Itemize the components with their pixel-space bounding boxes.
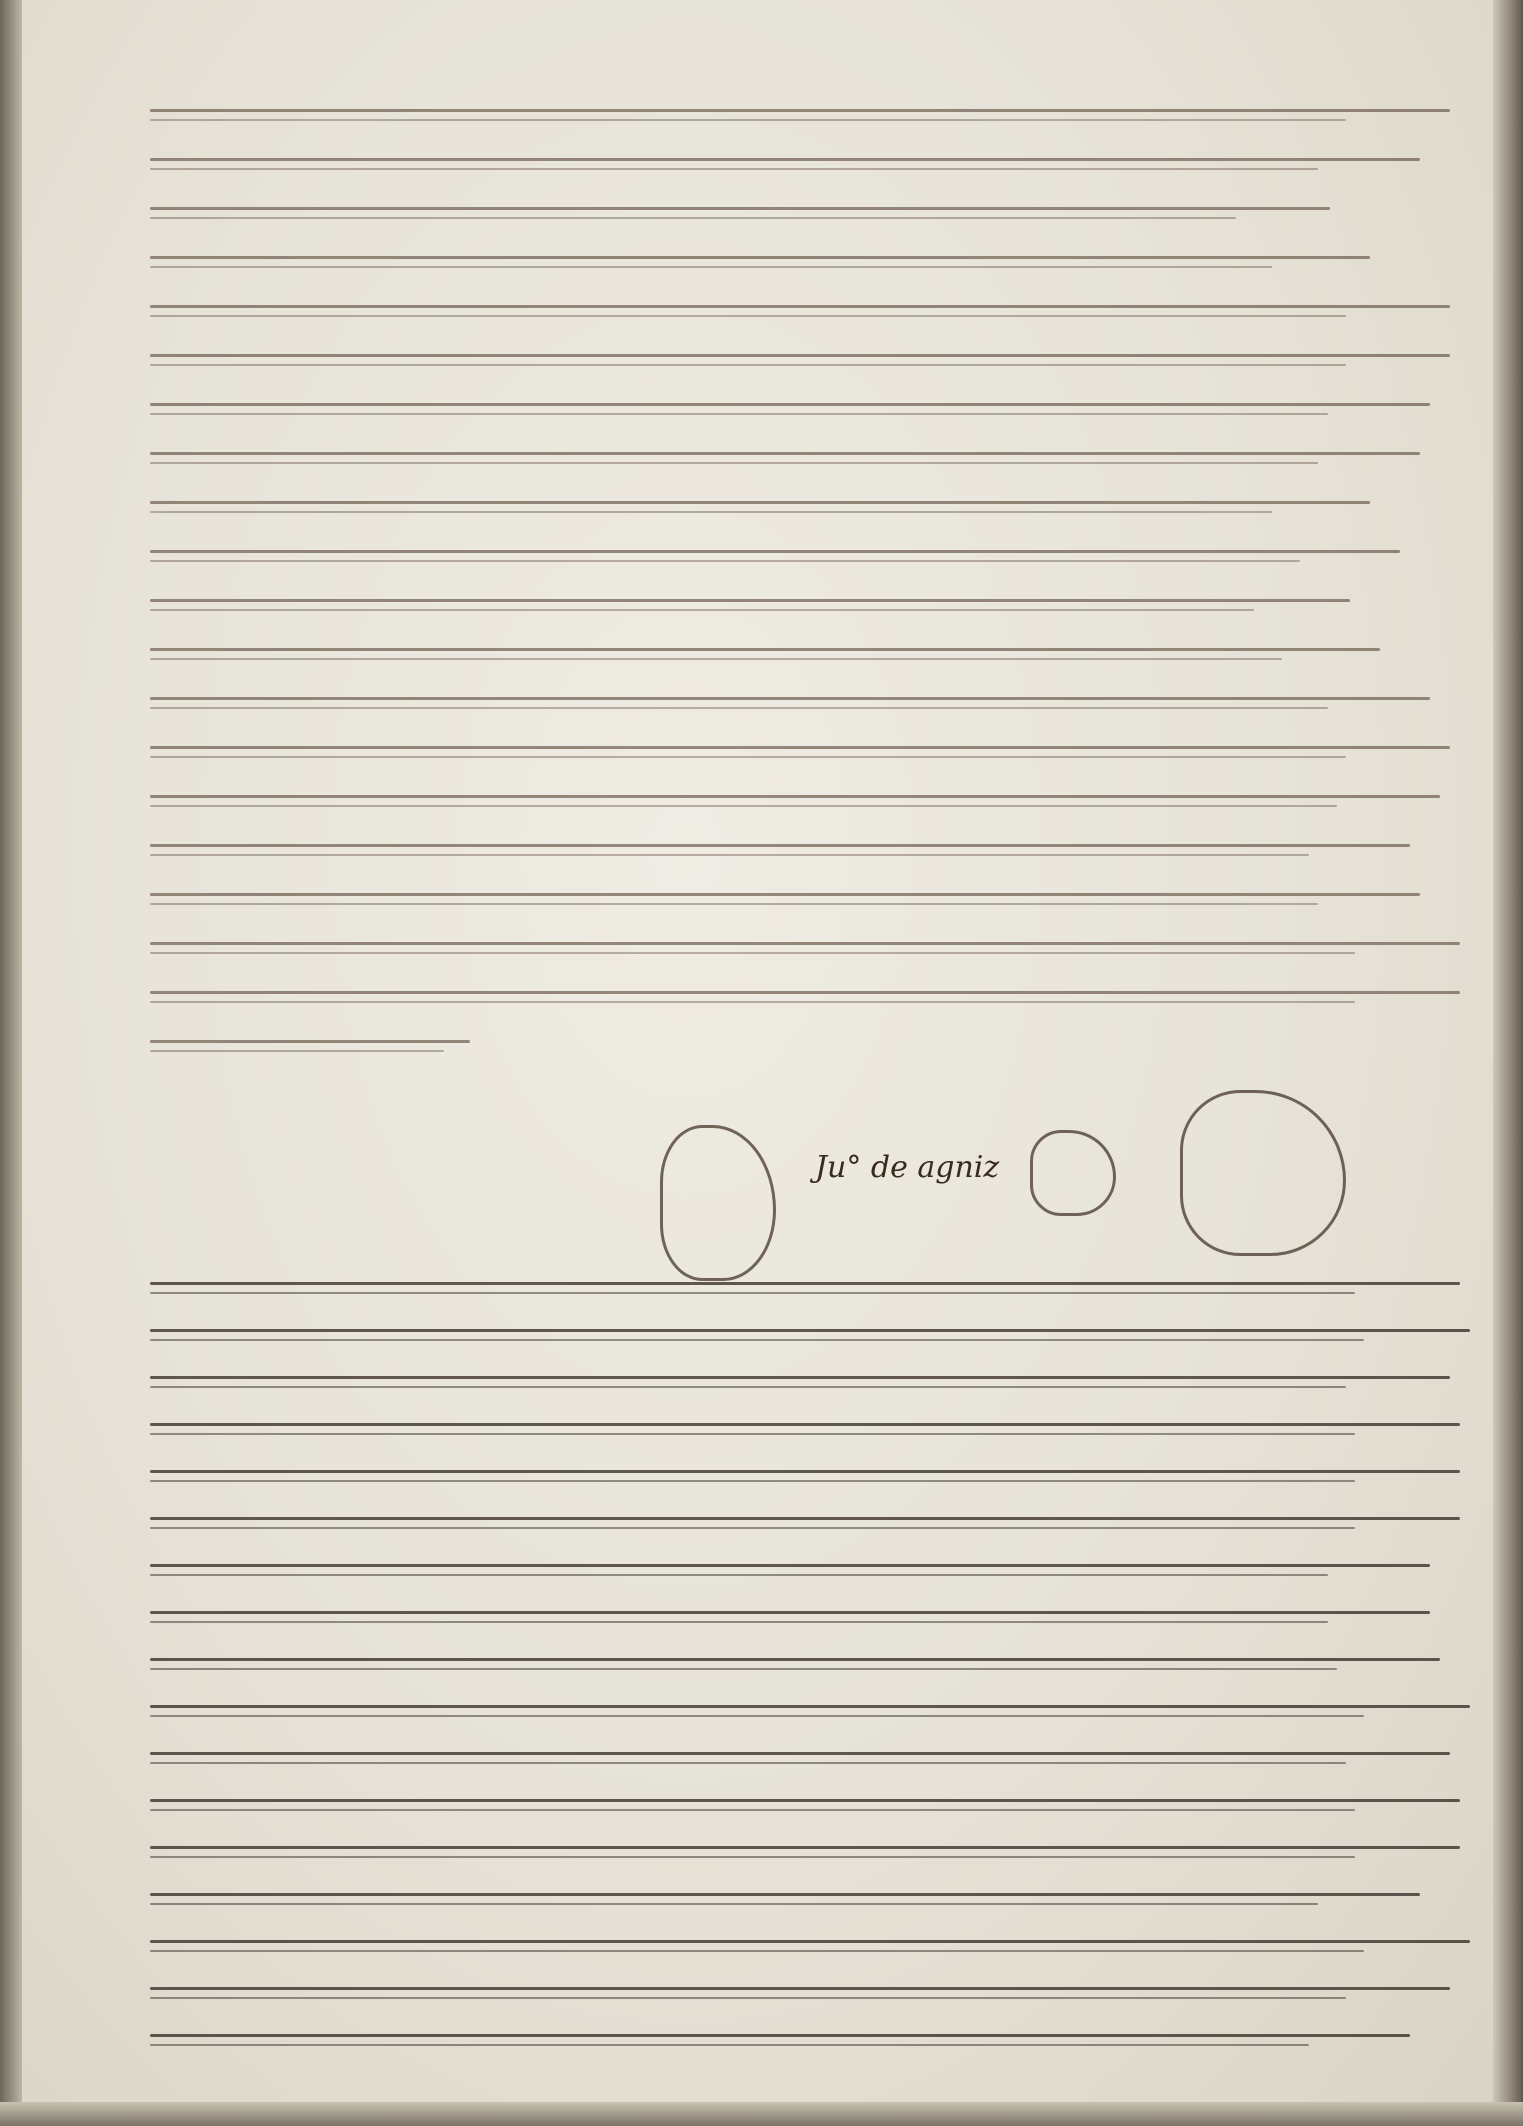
- upper-text-block: [illegible handwritten line][illegible h…: [150, 95, 1450, 1075]
- manuscript-line: [illegible handwritten line]: [150, 291, 1450, 340]
- manuscript-line: [illegible handwritten line]: [150, 1644, 1450, 1691]
- manuscript-page: [illegible handwritten line][illegible h…: [0, 0, 1523, 2126]
- manuscript-line: [illegible handwritten line]: [150, 1550, 1450, 1597]
- signature-rubric-middle: [1030, 1130, 1116, 1216]
- manuscript-line: [illegible handwritten line]: [150, 1268, 1450, 1315]
- manuscript-line: [illegible handwritten line]: [150, 389, 1450, 438]
- manuscript-line: [illegible handwritten line]: [150, 732, 1450, 781]
- page-edge-left: [0, 0, 22, 2126]
- manuscript-line: [illegible handwritten line]: [150, 1879, 1450, 1926]
- manuscript-line: [illegible handwritten line]: [150, 1456, 1450, 1503]
- manuscript-line: [illegible handwritten line]: [150, 1503, 1450, 1550]
- manuscript-line: [illegible handwritten line]: [150, 977, 1450, 1026]
- manuscript-line: [illegible handwritten line]: [150, 1409, 1450, 1456]
- manuscript-line: [illegible handwritten line]: [150, 634, 1450, 683]
- signature-rubric-left: [660, 1125, 776, 1281]
- manuscript-line: [illegible handwritten line]: [150, 879, 1450, 928]
- manuscript-line: [illegible handwritten line]: [150, 193, 1450, 242]
- manuscript-line: [illegible handwritten line]: [150, 1362, 1450, 1409]
- manuscript-line: [illegible handwritten line]: [150, 830, 1450, 879]
- manuscript-line: [illegible handwritten line]: [150, 1691, 1450, 1738]
- manuscript-line: [illegible handwritten line]: [150, 1973, 1450, 2020]
- manuscript-line: [illegible handwritten line]: [150, 1832, 1450, 1879]
- manuscript-line: [illegible handwritten line]: [150, 1315, 1450, 1362]
- manuscript-line: [illegible handwritten line]: [150, 95, 1450, 144]
- manuscript-line: [illegible handwritten line]: [150, 585, 1450, 634]
- manuscript-line: [illegible handwritten line]: [150, 1026, 1450, 1075]
- manuscript-line: [illegible handwritten line]: [150, 2020, 1450, 2067]
- manuscript-line: [illegible handwritten line]: [150, 1785, 1450, 1832]
- manuscript-line: [illegible handwritten line]: [150, 438, 1450, 487]
- manuscript-line: [illegible handwritten line]: [150, 536, 1450, 585]
- manuscript-line: [illegible handwritten line]: [150, 1597, 1450, 1644]
- manuscript-line: [illegible handwritten line]: [150, 340, 1450, 389]
- page-edge-right: [1493, 0, 1523, 2126]
- signature-label-middle: Ju° de agniz: [815, 1150, 999, 1185]
- manuscript-line: [illegible handwritten line]: [150, 781, 1450, 830]
- manuscript-line: [illegible handwritten line]: [150, 1926, 1450, 1973]
- manuscript-line: [illegible handwritten line]: [150, 928, 1450, 977]
- page-edge-bottom: [0, 2102, 1523, 2126]
- manuscript-line: [illegible handwritten line]: [150, 144, 1450, 193]
- lower-text-block: [illegible handwritten line][illegible h…: [150, 1268, 1450, 2067]
- manuscript-line: [illegible handwritten line]: [150, 1738, 1450, 1785]
- signature-rubric-right: [1180, 1090, 1346, 1256]
- manuscript-line: [illegible handwritten line]: [150, 683, 1450, 732]
- manuscript-line: [illegible handwritten line]: [150, 487, 1450, 536]
- manuscript-line: [illegible handwritten line]: [150, 242, 1450, 291]
